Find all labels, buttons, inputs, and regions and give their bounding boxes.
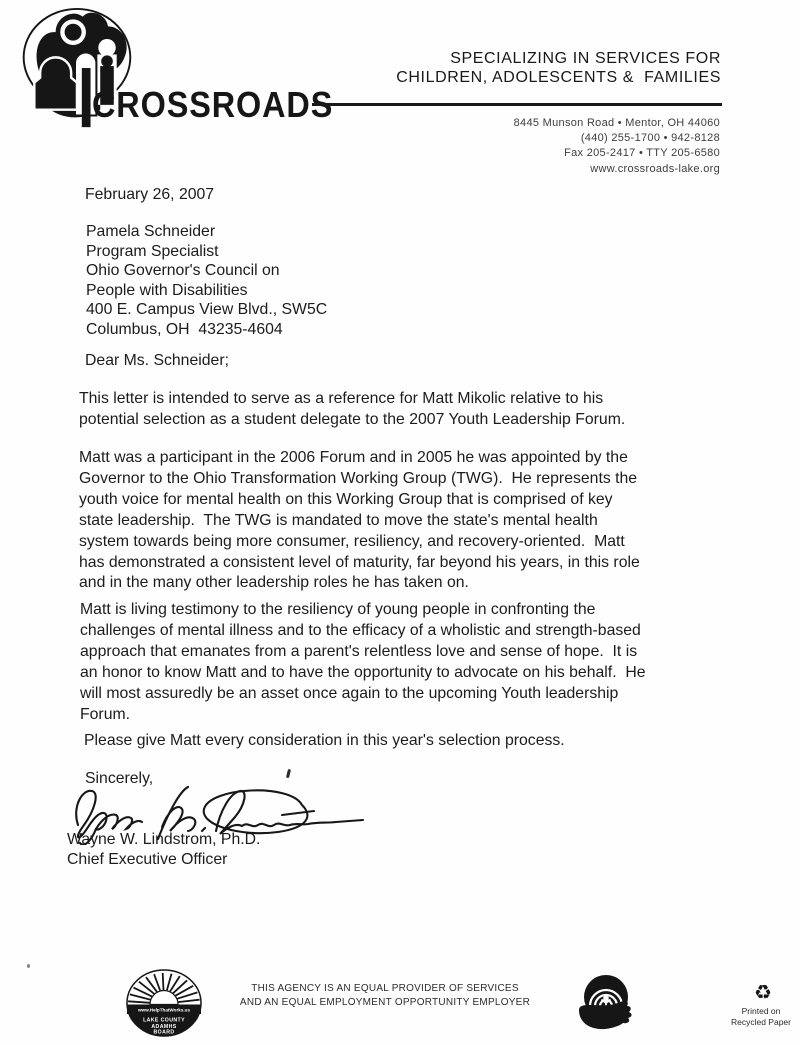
- recipient-line: Pamela Schneider: [86, 222, 327, 242]
- signer-title: Chief Executive Officer: [67, 851, 227, 869]
- paragraph-line: youth voice for mental health on this Wo…: [79, 490, 640, 511]
- paragraph-3: Matt is living testimony to the resilien…: [80, 600, 646, 725]
- adamhs-line1: LAKE COUNTY: [143, 1018, 185, 1024]
- recycled-paper-note: Printed on Recycled Paper: [722, 1006, 800, 1027]
- paragraph-line: Matt is living testimony to the resilien…: [80, 600, 646, 621]
- scan-artifact-dot: [27, 964, 30, 968]
- recipient-line: 400 E. Campus View Blvd., SW5C: [86, 300, 327, 320]
- brand-wordmark: CROSSROADS: [92, 84, 333, 126]
- recycled-note-line: Recycled Paper: [722, 1017, 800, 1028]
- tagline-line: CHILDREN, ADOLESCENTS & FAMILIES: [396, 69, 721, 88]
- contact-line: www.crossroads-lake.org: [514, 162, 720, 177]
- paragraph-line: system towards being more consumer, resi…: [79, 532, 640, 553]
- recipient-address-block: Pamela SchneiderProgram SpecialistOhio G…: [86, 222, 327, 339]
- eeo-line: THIS AGENCY IS AN EQUAL PROVIDER OF SERV…: [185, 982, 585, 996]
- scan-stray-mark: [286, 769, 291, 778]
- letter-date: February 26, 2007: [85, 186, 214, 204]
- paragraph-2: Matt was a participant in the 2006 Forum…: [79, 448, 640, 594]
- paragraph-line: Governor to the Ohio Transformation Work…: [79, 469, 640, 490]
- eeo-line: AND AN EQUAL EMPLOYMENT OPPORTUNITY EMPL…: [185, 996, 585, 1010]
- adamhs-line3: BOARD: [153, 1030, 174, 1036]
- tagline-line: SPECIALIZING IN SERVICES FOR: [396, 50, 721, 69]
- banner-text: www.HelpThatWorks.us: [137, 1007, 191, 1012]
- contact-line: Fax 205-2417 • TTY 205-6580: [514, 146, 720, 161]
- recipient-line: Program Specialist: [86, 242, 327, 262]
- paragraph-line: and in the many other leadership roles h…: [79, 573, 640, 594]
- header-rule-line: [312, 103, 722, 106]
- signer-name: Wayne W. Lindstrom, Ph.D.: [67, 831, 260, 849]
- united-way-logo: [577, 972, 633, 1030]
- paragraph-line: challenges of mental illness and to the …: [80, 621, 646, 642]
- paragraph-4: Please give Matt every consideration in …: [84, 731, 565, 752]
- paragraph-line: has demonstrated a consistent level of m…: [79, 553, 640, 574]
- paragraph-line: This letter is intended to serve as a re…: [79, 389, 625, 410]
- paragraph-line: potential selection as a student delegat…: [79, 410, 625, 431]
- paragraph-line: approach that emanates from a parent's r…: [80, 642, 646, 663]
- paragraph-line: an honor to know Matt and to have the op…: [80, 663, 646, 684]
- contact-line: 8445 Munson Road • Mentor, OH 44060: [514, 116, 720, 131]
- paragraph-line: Matt was a participant in the 2006 Forum…: [79, 448, 640, 469]
- paragraph-line: Forum.: [80, 705, 646, 726]
- scanned-letter-page: CROSSROADS SPECIALIZING IN SERVICES FOR …: [0, 0, 800, 1045]
- recycle-icon: ♻: [733, 981, 793, 1003]
- eeo-statement: THIS AGENCY IS AN EQUAL PROVIDER OF SERV…: [185, 982, 585, 1009]
- paragraph-1: This letter is intended to serve as a re…: [79, 389, 625, 431]
- salutation: Dear Ms. Schneider;: [85, 352, 229, 370]
- recycled-note-line: Printed on: [722, 1006, 800, 1017]
- contact-block: 8445 Munson Road • Mentor, OH 44060(440)…: [514, 116, 720, 177]
- paragraph-line: will most assuredly be an asset once aga…: [80, 684, 646, 705]
- recipient-line: Ohio Governor's Council on: [86, 261, 327, 281]
- header-tagline: SPECIALIZING IN SERVICES FOR CHILDREN, A…: [396, 50, 721, 87]
- logo-door-column: [82, 68, 91, 127]
- contact-line: (440) 255-1700 • 942-8128: [514, 131, 720, 146]
- paragraph-line: state leadership. The TWG is mandated to…: [79, 511, 640, 532]
- recipient-line: People with Disabilities: [86, 281, 327, 301]
- paragraph-line: Please give Matt every consideration in …: [84, 731, 565, 752]
- recipient-line: Columbus, OH 43235-4604: [86, 320, 327, 340]
